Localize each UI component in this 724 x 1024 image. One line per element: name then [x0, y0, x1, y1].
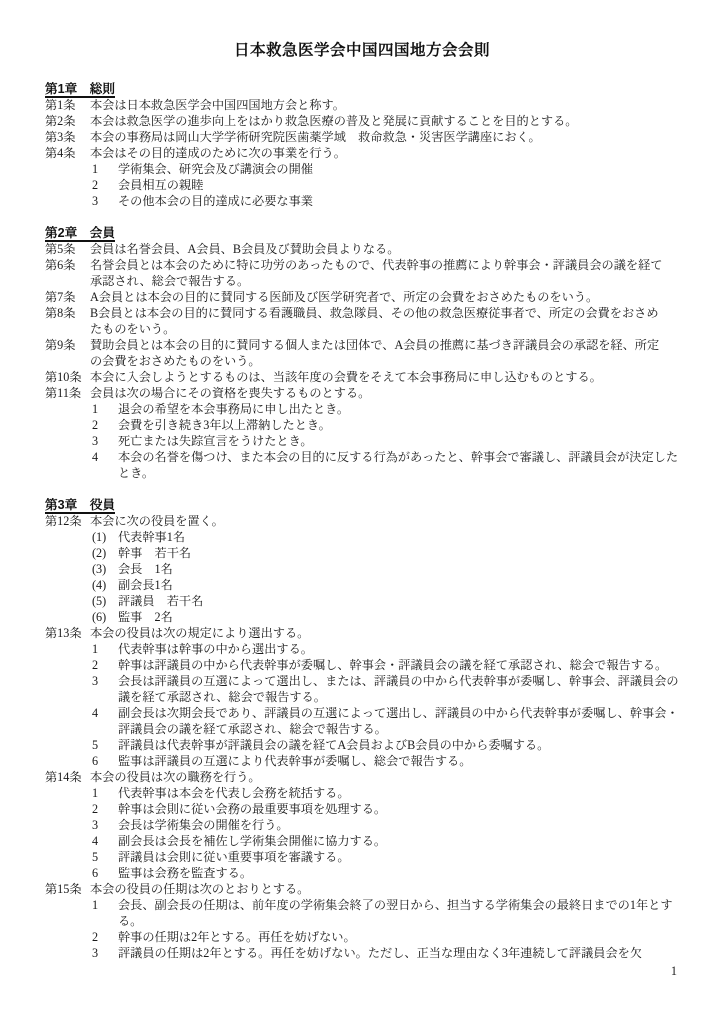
page-number: 1 [45, 963, 679, 979]
document-body: 第1章 総則 第1条 本会は日本救急医学会中国四国地方会と称す。 第2条 本会は… [45, 81, 679, 961]
item-text: 評議員は代表幹事が評議員会の議を経てA会員およびB会員の中から委嘱する。 [118, 737, 679, 753]
item-text: 副会長は会長を補佐し学術集会開催に協力する。 [118, 833, 679, 849]
article-sub-item: (1) 代表幹事1名 [45, 529, 679, 545]
article-text: 本会に入会しようとするものは、当該年度の会費をそえて本会事務局に申し込むものとす… [90, 369, 668, 385]
chapter-section: 第3章 役員 第12条 本会に次の役員を置く。 (1) 代表幹事1名 (2) 幹… [45, 497, 679, 961]
article-row: 第7条 A会員とは本会の目的に賛同する医師及び医学研究者で、所定の会費をおさめた… [45, 289, 679, 305]
article-number: 第1条 [45, 97, 90, 113]
article-sub-item: (6) 監事 2名 [45, 609, 679, 625]
article-row: 第3条 本会の事務局は岡山大学学術研究院医歯薬学域 救命救急・災害医学講座におく… [45, 129, 679, 145]
item-text: 副会長1名 [118, 577, 679, 593]
article-number: 第3条 [45, 129, 90, 145]
article-text: 会員は名誉会員、A会員、B会員及び賛助会員よりなる。 [90, 241, 668, 257]
article-number: 第15条 [45, 881, 90, 897]
item-number: 3 [92, 817, 118, 833]
article-number: 第11条 [45, 385, 90, 401]
article-sub-item: 3 その他本会の目的達成に必要な事業 [45, 193, 679, 209]
chapter-section: 第2章 会員 第5条 会員は名誉会員、A会員、B会員及び賛助会員よりなる。 第6… [45, 225, 679, 481]
item-number: 5 [92, 849, 118, 865]
article-number: 第10条 [45, 369, 90, 385]
item-text: 会長は評議員の互選によって選出し、または、評議員の中から代表幹事が委嘱し、幹事会… [118, 673, 679, 705]
article-text: 本会は救急医学の進歩向上をはかり救急医療の普及と発展に貢献することを目的とする。 [90, 113, 668, 129]
chapter-heading: 第2章 会員 [45, 225, 679, 241]
chapter-heading: 第1章 総則 [45, 81, 679, 97]
chapter-heading-text: 第2章 会員 [45, 226, 115, 240]
article-number: 第6条 [45, 257, 90, 273]
chapter-heading-text: 第1章 総則 [45, 82, 115, 96]
item-text: 代表幹事は幹事の中から選出する。 [118, 641, 679, 657]
article-text: 本会の事務局は岡山大学学術研究院医歯薬学域 救命救急・災害医学講座におく。 [90, 129, 668, 145]
article-sub-item: 2 会費を引き続き3年以上滞納したとき。 [45, 417, 679, 433]
article-sub-item: (4) 副会長1名 [45, 577, 679, 593]
item-text: 死亡または失踪宣言をうけたとき。 [118, 433, 679, 449]
item-number: 1 [92, 161, 118, 177]
item-number: 6 [92, 753, 118, 769]
item-number: (6) [92, 609, 118, 625]
document-page: 日本救急医学会中国四国地方会会則 第1章 総則 第1条 本会は日本救急医学会中国… [0, 0, 724, 1024]
article-sub-item: (3) 会長 1名 [45, 561, 679, 577]
item-text: 評議員は会則に従い重要事項を審議する。 [118, 849, 679, 865]
item-number: 1 [92, 785, 118, 801]
article-row: 第11条 会員は次の場合にその資格を喪失するものとする。 [45, 385, 679, 401]
item-text: 監事は評議員の互選により代表幹事が委嘱し、総会で報告する。 [118, 753, 679, 769]
article-number: 第7条 [45, 289, 90, 305]
item-number: (4) [92, 577, 118, 593]
item-text: 評議員 若干名 [118, 593, 679, 609]
item-number: 2 [92, 657, 118, 673]
item-text: 監事は会務を監査する。 [118, 865, 679, 881]
article-sub-item: 1 代表幹事は本会を代表し会務を統括する。 [45, 785, 679, 801]
article-sub-item: 3 死亡または失踪宣言をうけたとき。 [45, 433, 679, 449]
item-text: 会員相互の親睦 [118, 177, 679, 193]
article-text: 本会は日本救急医学会中国四国地方会と称す。 [90, 97, 668, 113]
item-text: 幹事は評議員の中から代表幹事が委嘱し、幹事会・評議員会の議を経て承認され、総会で… [118, 657, 679, 673]
article-row: 第4条 本会はその目的達成のために次の事業を行う。 [45, 145, 679, 161]
article-row: 第9条 賛助会員とは本会の目的に賛同する個人または団体で、A会員の推薦に基づき評… [45, 337, 679, 369]
item-number: (2) [92, 545, 118, 561]
article-sub-item: 3 評議員の任期は2年とする。再任を妨げない。ただし、正当な理由なく3年連続して… [45, 945, 679, 961]
article-row: 第10条 本会に入会しようとするものは、当該年度の会費をそえて本会事務局に申し込… [45, 369, 679, 385]
article-text: 本会の役員は次の規定により選出する。 [90, 625, 668, 641]
item-number: 3 [92, 193, 118, 209]
article-text: B会員とは本会の目的に賛同する看護職員、救急隊員、その他の救急医療従事者で、所定… [90, 305, 668, 337]
item-number: 2 [92, 417, 118, 433]
article-sub-item: 2 会員相互の親睦 [45, 177, 679, 193]
article-sub-item: 1 会長、副会長の任期は、前年度の学術集会終了の翌日から、担当する学術集会の最終… [45, 897, 679, 929]
article-number: 第5条 [45, 241, 90, 257]
article-text: 本会に次の役員を置く。 [90, 513, 668, 529]
article-sub-item: 5 評議員は代表幹事が評議員会の議を経てA会員およびB会員の中から委嘱する。 [45, 737, 679, 753]
article-number: 第9条 [45, 337, 90, 353]
article-sub-item: 1 退会の希望を本会事務局に申し出たとき。 [45, 401, 679, 417]
article-row: 第6条 名誉会員とは本会のために特に功労のあったもので、代表幹事の推薦により幹事… [45, 257, 679, 289]
item-text: 評議員の任期は2年とする。再任を妨げない。ただし、正当な理由なく3年連続して評議… [118, 945, 679, 961]
item-number: 4 [92, 449, 118, 465]
article-sub-item: 2 幹事は会則に従い会務の最重要事項を処理する。 [45, 801, 679, 817]
article-sub-item: 6 監事は評議員の互選により代表幹事が委嘱し、総会で報告する。 [45, 753, 679, 769]
item-number: 1 [92, 641, 118, 657]
article-sub-item: (5) 評議員 若干名 [45, 593, 679, 609]
item-text: 代表幹事は本会を代表し会務を統括する。 [118, 785, 679, 801]
article-sub-item: 4 副会長は会長を補佐し学術集会開催に協力する。 [45, 833, 679, 849]
item-number: 4 [92, 705, 118, 721]
article-number: 第2条 [45, 113, 90, 129]
item-number: 3 [92, 673, 118, 689]
article-sub-item: 3 会長は評議員の互選によって選出し、または、評議員の中から代表幹事が委嘱し、幹… [45, 673, 679, 705]
article-text: 賛助会員とは本会の目的に賛同する個人または団体で、A会員の推薦に基づき評議員会の… [90, 337, 668, 369]
article-text: 会員は次の場合にその資格を喪失するものとする。 [90, 385, 668, 401]
article-sub-item: 1 代表幹事は幹事の中から選出する。 [45, 641, 679, 657]
article-row: 第8条 B会員とは本会の目的に賛同する看護職員、救急隊員、その他の救急医療従事者… [45, 305, 679, 337]
item-text: 幹事は会則に従い会務の最重要事項を処理する。 [118, 801, 679, 817]
item-text: 会長は学術集会の開催を行う。 [118, 817, 679, 833]
article-text: 本会はその目的達成のために次の事業を行う。 [90, 145, 668, 161]
chapter-heading-text: 第3章 役員 [45, 498, 115, 512]
article-row: 第12条 本会に次の役員を置く。 [45, 513, 679, 529]
article-text: 名誉会員とは本会のために特に功労のあったもので、代表幹事の推薦により幹事会・評議… [90, 257, 668, 289]
item-text: 退会の希望を本会事務局に申し出たとき。 [118, 401, 679, 417]
article-sub-item: 2 幹事は評議員の中から代表幹事が委嘱し、幹事会・評議員会の議を経て承認され、総… [45, 657, 679, 673]
article-number: 第14条 [45, 769, 90, 785]
item-number: 2 [92, 929, 118, 945]
item-number: 1 [92, 897, 118, 913]
chapter-heading: 第3章 役員 [45, 497, 679, 513]
item-text: 代表幹事1名 [118, 529, 679, 545]
article-number: 第4条 [45, 145, 90, 161]
article-sub-item: 4 副会長は次期会長であり、評議員の互選によって選出し、評議員の中から代表幹事が… [45, 705, 679, 737]
article-text: 本会の役員は次の職務を行う。 [90, 769, 668, 785]
item-text: 監事 2名 [118, 609, 679, 625]
article-row: 第13条 本会の役員は次の規定により選出する。 [45, 625, 679, 641]
item-text: 幹事 若干名 [118, 545, 679, 561]
page-title: 日本救急医学会中国四国地方会会則 [45, 40, 679, 62]
article-number: 第8条 [45, 305, 90, 321]
article-sub-item: 4 本会の名誉を傷つけ、また本会の目的に反する行為があったと、幹事会で審議し、評… [45, 449, 679, 481]
item-text: 会費を引き続き3年以上滞納したとき。 [118, 417, 679, 433]
item-text: 会長、副会長の任期は、前年度の学術集会終了の翌日から、担当する学術集会の最終日ま… [118, 897, 679, 929]
chapter-section: 第1章 総則 第1条 本会は日本救急医学会中国四国地方会と称す。 第2条 本会は… [45, 81, 679, 209]
article-text: A会員とは本会の目的に賛同する医師及び医学研究者で、所定の会費をおさめたものをい… [90, 289, 668, 305]
item-number: 3 [92, 433, 118, 449]
item-number: 2 [92, 177, 118, 193]
item-number: 3 [92, 945, 118, 961]
article-sub-item: 1 学術集会、研究会及び講演会の開催 [45, 161, 679, 177]
article-sub-item: 6 監事は会務を監査する。 [45, 865, 679, 881]
article-number: 第12条 [45, 513, 90, 529]
article-sub-item: 2 幹事の任期は2年とする。再任を妨げない。 [45, 929, 679, 945]
article-sub-item: 3 会長は学術集会の開催を行う。 [45, 817, 679, 833]
item-number: 5 [92, 737, 118, 753]
article-text: 本会の役員の任期は次のとおりとする。 [90, 881, 668, 897]
article-number: 第13条 [45, 625, 90, 641]
item-number: (1) [92, 529, 118, 545]
item-text: その他本会の目的達成に必要な事業 [118, 193, 679, 209]
item-text: 学術集会、研究会及び講演会の開催 [118, 161, 679, 177]
item-text: 幹事の任期は2年とする。再任を妨げない。 [118, 929, 679, 945]
item-number: (3) [92, 561, 118, 577]
article-row: 第14条 本会の役員は次の職務を行う。 [45, 769, 679, 785]
article-sub-item: 5 評議員は会則に従い重要事項を審議する。 [45, 849, 679, 865]
article-row: 第1条 本会は日本救急医学会中国四国地方会と称す。 [45, 97, 679, 113]
article-row: 第5条 会員は名誉会員、A会員、B会員及び賛助会員よりなる。 [45, 241, 679, 257]
article-row: 第15条 本会の役員の任期は次のとおりとする。 [45, 881, 679, 897]
article-row: 第2条 本会は救急医学の進歩向上をはかり救急医療の普及と発展に貢献することを目的… [45, 113, 679, 129]
item-number: 6 [92, 865, 118, 881]
item-number: 4 [92, 833, 118, 849]
item-text: 副会長は次期会長であり、評議員の互選によって選出し、評議員の中から代表幹事が委嘱… [118, 705, 679, 737]
item-number: 2 [92, 801, 118, 817]
item-number: 1 [92, 401, 118, 417]
article-sub-item: (2) 幹事 若干名 [45, 545, 679, 561]
item-text: 本会の名誉を傷つけ、また本会の目的に反する行為があったと、幹事会で審議し、評議員… [118, 449, 679, 481]
item-number: (5) [92, 593, 118, 609]
item-text: 会長 1名 [118, 561, 679, 577]
